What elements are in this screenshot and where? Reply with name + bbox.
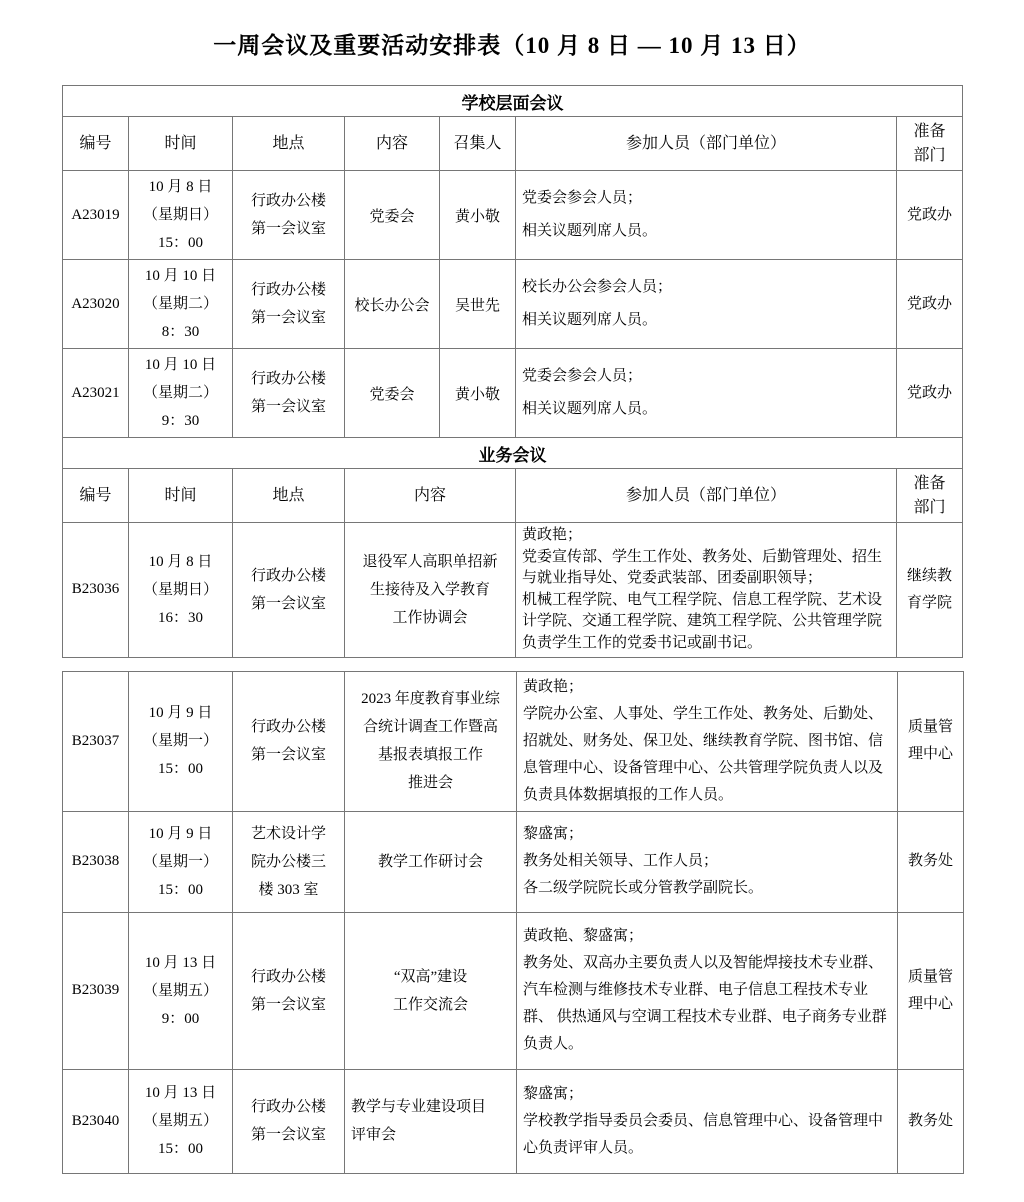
cell-content: “双高”建设 工作交流会	[345, 912, 517, 1069]
time-clock: 15：00	[135, 229, 226, 257]
cell-id: A23019	[63, 171, 129, 260]
cell-id: B23038	[63, 811, 129, 912]
section-banner-label: 学校层面会议	[63, 86, 963, 117]
prep-header-line: 部门	[901, 496, 958, 520]
meeting-row: B23036 10 月 8 日 （星期日） 16：30 行政办公楼 第一会议室 …	[63, 523, 963, 658]
cell-id: A23021	[63, 349, 129, 438]
cell-prep: 质量管理中心	[898, 912, 964, 1069]
cell-time: 10 月 9 日 （星期一） 15：00	[129, 811, 233, 912]
cell-content: 教学工作研讨会	[345, 811, 517, 912]
participant-paragraph: 学校教学指导委员会委员、信息管理中心、设备管理中心负责评审人员。	[523, 1108, 891, 1162]
time-date: 10 月 9 日	[135, 699, 226, 727]
col-header-id: 编号	[63, 469, 129, 523]
cell-time: 10 月 13 日 （星期五） 15：00	[129, 1069, 233, 1173]
cell-prep: 党政办	[897, 349, 963, 438]
cell-time: 10 月 8 日 （星期日） 16：30	[129, 523, 233, 658]
place-line: 行政办公楼	[239, 276, 338, 304]
cell-prep: 质量管理中心	[898, 671, 964, 811]
participant-paragraph: 党委会参会人员；	[522, 182, 890, 215]
place-line: 第一会议室	[239, 393, 338, 421]
place-line: 楼 303 室	[239, 876, 338, 904]
cell-content: 党委会	[345, 349, 440, 438]
content-line: 2023 年度教育事业综	[351, 685, 510, 713]
time-date: 10 月 10 日	[135, 262, 226, 290]
time-date: 10 月 13 日	[135, 1079, 226, 1107]
place-line: 第一会议室	[239, 304, 338, 332]
cell-content: 校长办公会	[345, 260, 440, 349]
cell-participants: 党委会参会人员； 相关议题列席人员。	[516, 171, 897, 260]
school-header-row: 编号 时间 地点 内容 召集人 参加人员（部门单位） 准备 部门	[63, 117, 963, 171]
school-meetings-table: 学校层面会议 编号 时间 地点 内容 召集人 参加人员（部门单位） 准备 部门 …	[62, 85, 963, 658]
col-header-place: 地点	[233, 117, 345, 171]
cell-time: 10 月 10 日 （星期二） 9：30	[129, 349, 233, 438]
meeting-row: B23037 10 月 9 日 （星期一） 15：00 行政办公楼 第一会议室 …	[63, 671, 964, 811]
table-gap	[0, 658, 1024, 671]
participant-paragraph: 黄政艳；	[522, 525, 890, 547]
place-line: 行政办公楼	[239, 187, 338, 215]
participant-paragraph: 相关议题列席人员。	[522, 215, 890, 248]
time-weekday: （星期五）	[135, 1107, 226, 1135]
cell-content: 2023 年度教育事业综 合统计调查工作暨高 基报表填报工作 推进会	[345, 671, 517, 811]
cell-participants: 黎盛寓； 教务处相关领导、工作人员； 各二级学院院长或分管教学副院长。	[517, 811, 898, 912]
cell-place: 行政办公楼 第一会议室	[233, 349, 345, 438]
cell-place: 行政办公楼 第一会议室	[233, 671, 345, 811]
col-header-convener: 召集人	[440, 117, 516, 171]
cell-place: 行政办公楼 第一会议室	[233, 912, 345, 1069]
place-line: 行政办公楼	[239, 1093, 338, 1121]
cell-content: 党委会	[345, 171, 440, 260]
participant-paragraph: 黎盛寓；	[523, 1081, 891, 1108]
time-weekday: （星期五）	[135, 977, 226, 1005]
meeting-row: A23021 10 月 10 日 （星期二） 9：30 行政办公楼 第一会议室 …	[63, 349, 963, 438]
participant-paragraph: 党委宣传部、学生工作处、教务处、后勤管理处、招生与就业指导处、党委武装部、团委副…	[522, 547, 890, 590]
cell-place: 行政办公楼 第一会议室	[233, 260, 345, 349]
cell-convener: 黄小敬	[440, 171, 516, 260]
cell-participants: 黎盛寓； 学校教学指导委员会委员、信息管理中心、设备管理中心负责评审人员。	[517, 1069, 898, 1173]
time-date: 10 月 8 日	[135, 548, 226, 576]
section-banner-school: 学校层面会议	[63, 86, 963, 117]
cell-place: 艺术设计学 院办公楼三 楼 303 室	[233, 811, 345, 912]
time-clock: 15：00	[135, 1135, 226, 1163]
meeting-row: A23019 10 月 8 日 （星期日） 15：00 行政办公楼 第一会议室 …	[63, 171, 963, 260]
cell-participants: 党委会参会人员； 相关议题列席人员。	[516, 349, 897, 438]
time-date: 10 月 9 日	[135, 820, 226, 848]
cell-id: B23037	[63, 671, 129, 811]
cell-convener: 黄小敬	[440, 349, 516, 438]
meeting-row: A23020 10 月 10 日 （星期二） 8：30 行政办公楼 第一会议室 …	[63, 260, 963, 349]
cell-participants: 黄政艳； 学院办公室、人事处、学生工作处、教务处、后勤处、招就处、财务处、保卫处…	[517, 671, 898, 811]
place-line: 行政办公楼	[239, 365, 338, 393]
cell-place: 行政办公楼 第一会议室	[233, 523, 345, 658]
cell-time: 10 月 9 日 （星期一） 15：00	[129, 671, 233, 811]
cell-content: 教学与专业建设项目 评审会	[345, 1069, 517, 1173]
time-weekday: （星期一）	[135, 727, 226, 755]
page-title: 一周会议及重要活动安排表（10 月 8 日 — 10 月 13 日）	[0, 0, 1024, 60]
cell-time: 10 月 13 日 （星期五） 9：00	[129, 912, 233, 1069]
participant-paragraph: 黎盛寓；	[523, 821, 891, 848]
cell-time: 10 月 10 日 （星期二） 8：30	[129, 260, 233, 349]
cell-prep: 教务处	[898, 1069, 964, 1173]
participant-paragraph: 黄政艳、黎盛寓；	[523, 923, 891, 950]
place-line: 艺术设计学	[239, 820, 338, 848]
participant-paragraph: 教务处相关领导、工作人员；	[523, 848, 891, 875]
time-date: 10 月 10 日	[135, 351, 226, 379]
prep-header-line: 准备	[901, 120, 958, 144]
content-line: 教学工作研讨会	[351, 848, 510, 876]
time-clock: 16：30	[135, 604, 226, 632]
cell-participants: 校长办公会参会人员； 相关议题列席人员。	[516, 260, 897, 349]
col-header-content: 内容	[345, 117, 440, 171]
col-header-id: 编号	[63, 117, 129, 171]
time-clock: 15：00	[135, 876, 226, 904]
cell-time: 10 月 8 日 （星期日） 15：00	[129, 171, 233, 260]
content-line: 生接待及入学教育	[351, 576, 509, 604]
content-line: 工作交流会	[351, 991, 510, 1019]
participant-paragraph: 校长办公会参会人员；	[522, 271, 890, 304]
content-line: 合统计调查工作暨高	[351, 713, 510, 741]
time-weekday: （星期日）	[135, 576, 226, 604]
content-line: 退役军人高职单招新	[351, 548, 509, 576]
business-meetings-table: B23037 10 月 9 日 （星期一） 15：00 行政办公楼 第一会议室 …	[62, 671, 964, 1174]
place-line: 行政办公楼	[239, 562, 338, 590]
col-header-content: 内容	[345, 469, 516, 523]
business-header-row: 编号 时间 地点 内容 参加人员（部门单位） 准备 部门	[63, 469, 963, 523]
cell-convener: 吴世先	[440, 260, 516, 349]
cell-prep: 党政办	[897, 171, 963, 260]
time-clock: 9：00	[135, 1005, 226, 1033]
prep-header-line: 部门	[901, 144, 958, 168]
time-clock: 8：30	[135, 318, 226, 346]
section-banner-business: 业务会议	[63, 438, 963, 469]
participant-paragraph: 相关议题列席人员。	[522, 393, 890, 426]
participant-paragraph: 各二级学院院长或分管教学副院长。	[523, 875, 891, 902]
content-line: “双高”建设	[351, 963, 510, 991]
cell-place: 行政办公楼 第一会议室	[233, 1069, 345, 1173]
cell-prep: 继续教育学院	[897, 523, 963, 658]
place-line: 院办公楼三	[239, 848, 338, 876]
cell-content: 退役军人高职单招新 生接待及入学教育 工作协调会	[345, 523, 516, 658]
meeting-row: B23038 10 月 9 日 （星期一） 15：00 艺术设计学 院办公楼三 …	[63, 811, 964, 912]
place-line: 行政办公楼	[239, 963, 338, 991]
content-line: 教学与专业建设项目	[351, 1093, 510, 1121]
participant-paragraph: 机械工程学院、电气工程学院、信息工程学院、艺术设计学院、交通工程学院、建筑工程学…	[522, 590, 890, 655]
participant-paragraph: 教务处、双高办主要负责人以及智能焊接技术专业群、汽车检测与维修技术专业群、电子信…	[523, 950, 891, 1058]
time-weekday: （星期日）	[135, 201, 226, 229]
place-line: 第一会议室	[239, 741, 338, 769]
time-weekday: （星期二）	[135, 379, 226, 407]
cell-id: B23039	[63, 912, 129, 1069]
place-line: 行政办公楼	[239, 713, 338, 741]
time-date: 10 月 8 日	[135, 173, 226, 201]
cell-prep: 教务处	[898, 811, 964, 912]
cell-participants: 黄政艳、黎盛寓； 教务处、双高办主要负责人以及智能焊接技术专业群、汽车检测与维修…	[517, 912, 898, 1069]
meeting-row: B23039 10 月 13 日 （星期五） 9：00 行政办公楼 第一会议室 …	[63, 912, 964, 1069]
col-header-time: 时间	[129, 469, 233, 523]
col-header-time: 时间	[129, 117, 233, 171]
cell-participants: 黄政艳； 党委宣传部、学生工作处、教务处、后勤管理处、招生与就业指导处、党委武装…	[516, 523, 897, 658]
participant-paragraph: 党委会参会人员；	[522, 360, 890, 393]
cell-id: B23036	[63, 523, 129, 658]
col-header-prep: 准备 部门	[897, 469, 963, 523]
meeting-row: B23040 10 月 13 日 （星期五） 15：00 行政办公楼 第一会议室…	[63, 1069, 964, 1173]
participant-paragraph: 学院办公室、人事处、学生工作处、教务处、后勤处、招就处、财务处、保卫处、继续教育…	[523, 701, 891, 809]
time-weekday: （星期二）	[135, 290, 226, 318]
prep-header-line: 准备	[901, 472, 958, 496]
content-line: 评审会	[351, 1121, 510, 1149]
place-line: 第一会议室	[239, 991, 338, 1019]
content-line: 工作协调会	[351, 604, 509, 632]
col-header-place: 地点	[233, 469, 345, 523]
cell-place: 行政办公楼 第一会议室	[233, 171, 345, 260]
section-banner-label: 业务会议	[63, 438, 963, 469]
cell-id: A23020	[63, 260, 129, 349]
time-weekday: （星期一）	[135, 848, 226, 876]
place-line: 第一会议室	[239, 590, 338, 618]
time-clock: 9：30	[135, 407, 226, 435]
cell-prep: 党政办	[897, 260, 963, 349]
place-line: 第一会议室	[239, 215, 338, 243]
cell-id: B23040	[63, 1069, 129, 1173]
time-clock: 15：00	[135, 755, 226, 783]
col-header-prep: 准备 部门	[897, 117, 963, 171]
time-date: 10 月 13 日	[135, 949, 226, 977]
col-header-participants: 参加人员（部门单位）	[516, 469, 897, 523]
col-header-participants: 参加人员（部门单位）	[516, 117, 897, 171]
place-line: 第一会议室	[239, 1121, 338, 1149]
content-line: 推进会	[351, 769, 510, 797]
participant-paragraph: 相关议题列席人员。	[522, 304, 890, 337]
content-line: 基报表填报工作	[351, 741, 510, 769]
participant-paragraph: 黄政艳；	[523, 674, 891, 701]
